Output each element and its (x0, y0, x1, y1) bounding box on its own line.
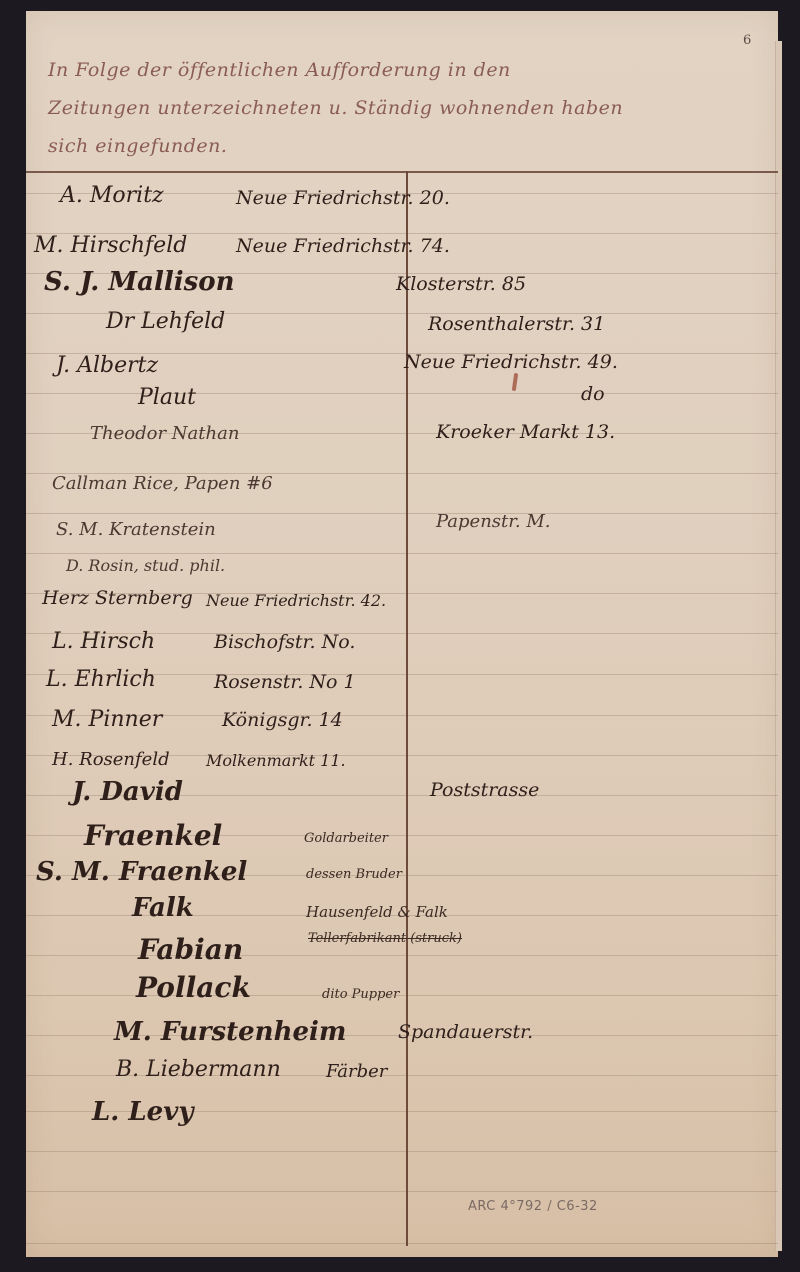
entry-name: Plaut (138, 385, 196, 410)
entry-address: Papenstr. M. (436, 511, 551, 532)
ruled-line (26, 513, 778, 514)
entry-note: dito Pupper (322, 987, 399, 1002)
entry-address: Poststrasse (430, 779, 539, 801)
entry-note: Hausenfeld & Falk (306, 903, 448, 921)
ruled-line (26, 1151, 778, 1152)
entry-name: M. Pinner (52, 707, 162, 732)
entry-name: J. David (72, 777, 183, 807)
entry-address: Neue Friedrichstr. 42. (206, 591, 386, 610)
entry-name: Dr Lehfeld (106, 309, 225, 334)
entry-name: Fraenkel (84, 819, 222, 852)
entry-address: Königsgr. 14 (222, 709, 343, 731)
entry-name: S. J. Mallison (44, 267, 234, 297)
entry-name: Fabian (138, 933, 243, 966)
entry-name: B. Liebermann (116, 1057, 281, 1082)
ruled-line (26, 1243, 778, 1244)
entry-address: Bischofstr. No. (214, 631, 355, 653)
entry-name: Falk (132, 893, 194, 923)
scanned-document: 6 In Folge der öffentlichen Aufforderung… (0, 0, 800, 1272)
heading-line: In Folge der öffentlichen Aufforderung i… (48, 51, 748, 89)
entry-name: L. Hirsch (52, 629, 155, 654)
entry-name: L. Ehrlich (46, 667, 156, 692)
entry-address: do (581, 383, 605, 405)
entry-address: Rosenthalerstr. 31 (428, 313, 605, 335)
heading-line: Zeitungen unterzeichneten u. Ständig woh… (48, 89, 748, 127)
entry-note: dessen Bruder (306, 867, 402, 882)
page-heading: In Folge der öffentlichen Aufforderung i… (48, 51, 748, 165)
entry-note: Goldarbeiter (304, 831, 388, 846)
entry-address: Neue Friedrichstr. 74. (236, 235, 450, 257)
column-divider (406, 171, 408, 1246)
entry-name: M. Hirschfeld (34, 233, 187, 258)
entry-address: Spandauerstr. (398, 1021, 533, 1043)
entry-address: Neue Friedrichstr. 49. (404, 351, 618, 373)
entry-name: H. Rosenfeld (52, 749, 170, 770)
archive-label: ARC 4°792 / C6-32 (468, 1199, 598, 1214)
entry-address: Neue Friedrichstr. 20. (236, 187, 450, 209)
entry-name: S. M. Fraenkel (36, 857, 247, 887)
entry-name: J. Albertz (56, 353, 158, 378)
entry-note: Tellerfabrikant (struck) (308, 931, 462, 946)
entry-name: D. Rosin, stud. phil. (66, 556, 225, 575)
ruled-line (26, 1191, 778, 1192)
ruled-line (26, 553, 778, 554)
heading-line: sich eingefunden. (48, 127, 748, 165)
entry-name: L. Levy (92, 1097, 193, 1127)
entry-name: S. M. Kratenstein (56, 519, 216, 540)
entry-address: Klosterstr. 85 (396, 273, 526, 295)
page-edge (775, 41, 782, 1251)
entry-address: Molkenmarkt 11. (206, 751, 346, 770)
entry-address: Rosenstr. No 1 (214, 671, 356, 693)
entry-name: A. Moritz (60, 183, 164, 208)
entry-name: Herz Sternberg (42, 587, 193, 609)
ledger-page: 6 In Folge der öffentlichen Aufforderung… (26, 11, 778, 1257)
header-rule (26, 171, 778, 173)
entry-name: Pollack (136, 971, 251, 1004)
entry-name: M. Furstenheim (114, 1017, 346, 1047)
entry-name: Callman Rice, Papen #6 (52, 473, 273, 494)
page-number: 6 (743, 33, 751, 48)
entry-address: Kroeker Markt 13. (436, 421, 615, 443)
entry-name: Theodor Nathan (90, 423, 239, 444)
entry-note: Färber (326, 1061, 387, 1082)
ink-stain (512, 373, 518, 391)
